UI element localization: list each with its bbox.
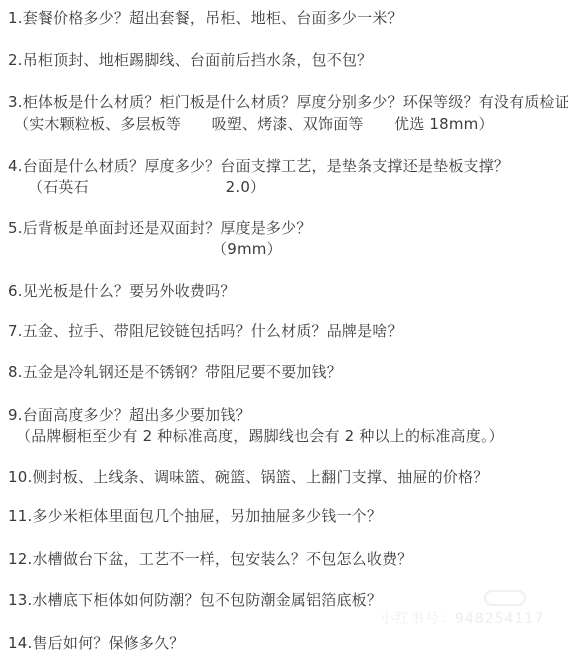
question-2: 2.吊柜顶封、地柜踢脚线、台面前后挡水条，包不包？ (8, 51, 372, 70)
question-7-text: 五金、拉手、带阻尼铰链包括吗？什么材质？品牌是啥？ (23, 322, 403, 340)
question-14-number: 14. (8, 634, 32, 652)
question-6: 6.见光板是什么？要另外收费吗？ (8, 282, 236, 301)
question-9-number: 9. (8, 406, 23, 424)
question-1: 1.套餐价格多少？超出套餐，吊柜、地柜、台面多少一米？ (8, 9, 403, 28)
question-3: 3.柜体板是什么材质？柜门板是什么材质？厚度分别多少？环保等级？有没有质检证书？ (8, 93, 568, 112)
question-4-note: （石英石 2.0） (28, 178, 265, 197)
question-8-text: 五金是冷轧钢还是不锈钢？带阻尼要不要加钱？ (23, 363, 342, 381)
question-8-number: 8. (8, 363, 23, 381)
question-11-number: 11. (8, 507, 32, 525)
question-10-number: 10. (8, 468, 32, 486)
question-5-text: 后背板是单面封还是双面封？厚度是多少？ (23, 219, 312, 237)
question-12-text: 水槽做台下盆，工艺不一样，包安装么？不包怎么收费？ (32, 550, 412, 568)
question-12-number: 12. (8, 550, 32, 568)
question-13-text: 水槽底下柜体如何防潮？包不包防潮金属铝箔底板？ (32, 591, 382, 609)
question-1-number: 1. (8, 9, 23, 27)
question-4-text: 台面是什么材质？厚度多少？台面支撑工艺，是垫条支撑还是垫板支撑？ (23, 157, 509, 175)
watermark-id-text: 小红书号：948254117 (380, 608, 544, 628)
question-3-text: 柜体板是什么材质？柜门板是什么材质？厚度分别多少？环保等级？有没有质检证书？ (23, 93, 568, 111)
document-page: 1.套餐价格多少？超出套餐，吊柜、地柜、台面多少一米？ 2.吊柜顶封、地柜踢脚线… (0, 0, 568, 662)
question-3-number: 3. (8, 93, 23, 111)
question-13: 13.水槽底下柜体如何防潮？包不包防潮金属铝箔底板？ (8, 591, 382, 610)
question-3-note: （实木颗粒板、多层板等 吸塑、烤漆、双饰面等 优选 18mm） (14, 115, 494, 134)
xiaohongshu-logo-icon (484, 590, 526, 606)
question-11-text: 多少米柜体里面包几个抽屉，另加抽屉多少钱一个？ (32, 507, 382, 525)
question-13-number: 13. (8, 591, 32, 609)
question-7-number: 7. (8, 322, 23, 340)
question-11: 11.多少米柜体里面包几个抽屉，另加抽屉多少钱一个？ (8, 507, 382, 526)
question-10-text: 侧封板、上线条、调味篮、碗篮、锅篮、上翻门支撑、抽屉的价格？ (32, 468, 488, 486)
question-7: 7.五金、拉手、带阻尼铰链包括吗？什么材质？品牌是啥？ (8, 322, 403, 341)
question-6-text: 见光板是什么？要另外收费吗？ (23, 282, 236, 300)
question-5-note: （9mm） (212, 240, 282, 259)
question-2-number: 2. (8, 51, 23, 69)
question-14: 14.售后如何？保修多久？ (8, 634, 184, 653)
question-8: 8.五金是冷轧钢还是不锈钢？带阻尼要不要加钱？ (8, 363, 342, 382)
question-4: 4.台面是什么材质？厚度多少？台面支撑工艺，是垫条支撑还是垫板支撑？ (8, 157, 509, 176)
question-5: 5.后背板是单面封还是双面封？厚度是多少？ (8, 219, 312, 238)
question-4-number: 4. (8, 157, 23, 175)
question-14-text: 售后如何？保修多久？ (32, 634, 184, 652)
question-2-text: 吊柜顶封、地柜踢脚线、台面前后挡水条，包不包？ (23, 51, 373, 69)
question-9-text: 台面高度多少？超出多少要加钱？ (23, 406, 251, 424)
question-6-number: 6. (8, 282, 23, 300)
question-10: 10.侧封板、上线条、调味篮、碗篮、锅篮、上翻门支撑、抽屉的价格？ (8, 468, 488, 487)
question-9: 9.台面高度多少？超出多少要加钱？ (8, 406, 251, 425)
question-1-text: 套餐价格多少？超出套餐，吊柜、地柜、台面多少一米？ (23, 9, 403, 27)
question-9-note: （品牌橱柜至少有 2 种标准高度，踢脚线也会有 2 种以上的标准高度。） (16, 427, 504, 446)
question-12: 12.水槽做台下盆，工艺不一样，包安装么？不包怎么收费？ (8, 550, 412, 569)
question-5-number: 5. (8, 219, 23, 237)
